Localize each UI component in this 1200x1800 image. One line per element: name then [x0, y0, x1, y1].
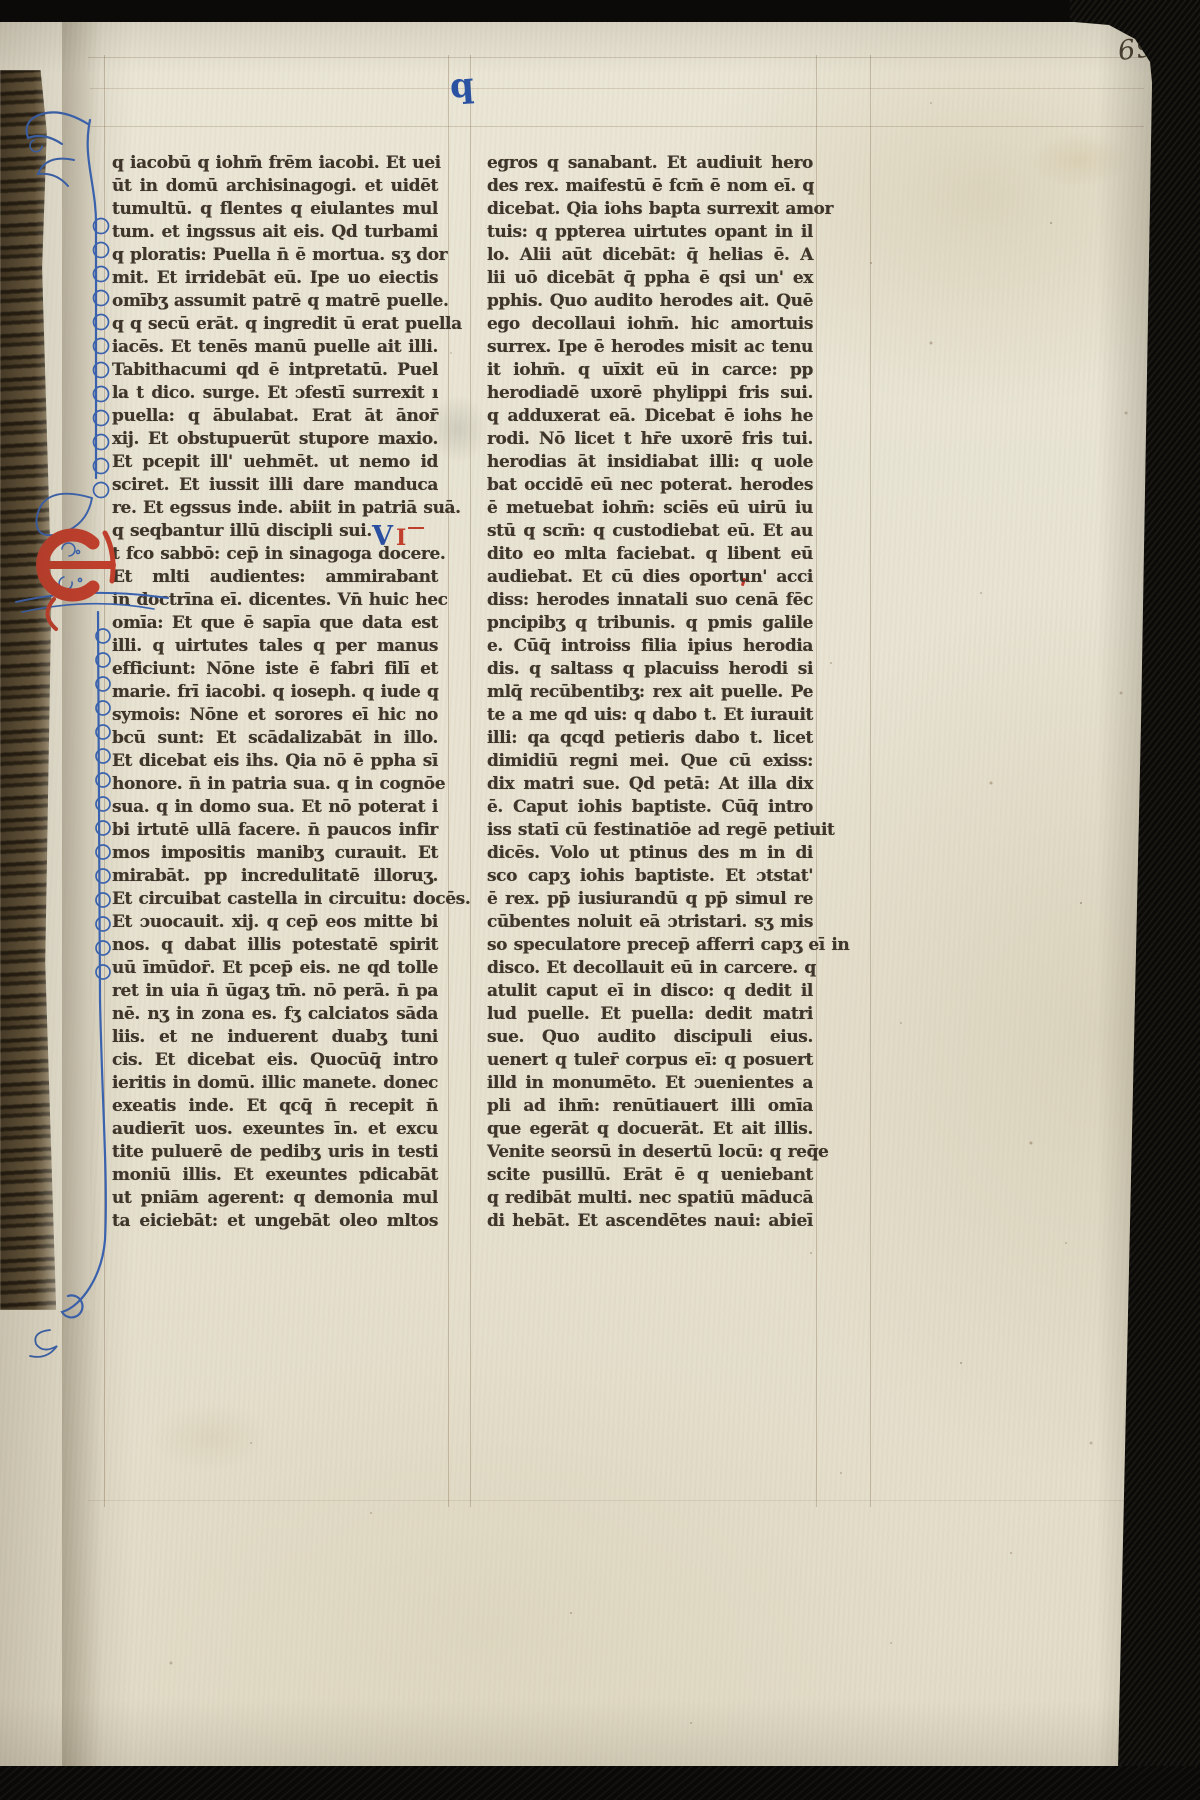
manuscript-line: q adduxerat eā. Dicebat ē iohs he [487, 405, 813, 428]
manuscript-line: iss statī cū festinatiōe ad regē petiuit [487, 819, 813, 842]
stain [1030, 132, 1130, 188]
scan-backdrop: { "page": { "folio_number": "69", "quire… [0, 0, 1200, 1800]
manuscript-line: stū q scm̄: q custodiebat eū. Et au [487, 520, 813, 543]
text-column-right: egros q sanabant. Et audiuit herodes rex… [487, 152, 813, 1233]
ruling-line-vertical [448, 55, 449, 1507]
manuscript-line: Venite seorsū in desertū locū: q req̄e [487, 1141, 813, 1164]
manuscript-line: dicēs. Volo ut ptinus des m in di [487, 842, 813, 865]
foxing-specks [870, 262, 872, 264]
ruling-line-horizontal [88, 57, 1144, 58]
backdrop-bottom-strip [0, 1766, 1200, 1800]
parchment-page: q 69 q iacobū q iohm̄ frēm iacobi. Et ue… [0, 22, 1155, 1768]
manuscript-line: ego decollaui iohm̄. hic amortuis [487, 313, 813, 336]
manuscript-line: mlq̄ recūbentibʒ: rex ait puelle. Pe [487, 681, 813, 704]
manuscript-line: surrex. Ipe ē herodes misit ac tenu [487, 336, 813, 359]
manuscript-line: sco capʒ iohis baptiste. Et ɔtstat' [487, 865, 813, 888]
manuscript-line: audiebat. Et cū dies oportun' acci [487, 566, 813, 589]
chapter-numeral: VI [372, 521, 424, 552]
manuscript-line: herodias āt insidiabat illi: q uole [487, 451, 813, 474]
ruling-line-horizontal [88, 1500, 1144, 1501]
manuscript-line: pncipibʒ q tribunis. q pmis galile [487, 612, 813, 635]
ruling-line-horizontal [88, 88, 1144, 89]
manuscript-line: illi: qa qcqd petieris dabo t. licet [487, 727, 813, 750]
manuscript-line: te a me qd uis: q dabo t. Et iurauit [487, 704, 813, 727]
manuscript-line: pphis. Quo audito herodes ait. Quē [487, 290, 813, 313]
manuscript-line: bat occidē eū nec poterat. herodes [487, 474, 813, 497]
manuscript-line: di hebāt. Et ascendētes naui: abieī [487, 1210, 813, 1233]
manuscript-line: illd in monumēto. Et ɔuenientes a [487, 1072, 813, 1095]
penwork-flourish [4, 100, 180, 1380]
manuscript-line: atulit caput eī in disco: q dedit il [487, 980, 813, 1003]
manuscript-line: it iohm̄. q uīxit eū in carce: pp [487, 359, 813, 382]
manuscript-line: disco. Et decollauit eū in carcere. q [487, 957, 813, 980]
manuscript-line: dix matri sue. Qd petā: At illa dix [487, 773, 813, 796]
manuscript-line: egros q sanabant. Et audiuit hero [487, 152, 813, 175]
manuscript-line: dito eo mlta faciebat. q libent eū [487, 543, 813, 566]
stain [150, 1402, 270, 1472]
manuscript-line: diss: herodes innatali suo cenā fēc [487, 589, 813, 612]
manuscript-line: dis. q saltass q placuiss herodi si [487, 658, 813, 681]
manuscript-line: lud puelle. Et puella: dedit matri [487, 1003, 813, 1026]
ruling-line-vertical [470, 55, 471, 1507]
manuscript-line: ē. Caput iohis baptiste. Cūq̄ intro [487, 796, 813, 819]
manuscript-line: so speculatore precep̄ afferri capʒ eī i… [487, 934, 813, 957]
manuscript-line: uenert q tuler̄ corpus eī: q posuert [487, 1049, 813, 1072]
manuscript-line: ē rex. pp̄ iusiurandū q pp̄ simul re [487, 888, 813, 911]
manuscript-line: rodi. Nō licet t hr̄e uxorē fris tui. [487, 428, 813, 451]
manuscript-line: tuis: q ppterea uirtutes opant in il [487, 221, 813, 244]
quire-mark: q [449, 65, 476, 107]
chapter-numeral-i: I [396, 525, 406, 551]
manuscript-line: des rex. maifestū ē fcm̄ ē nom eī. q [487, 175, 813, 198]
manuscript-line: lo. Alii aūt dicebāt: q̄ helias ē. A [487, 244, 813, 267]
manuscript-line: lii uō dicebāt q̄ ppha ē qsi un' ex [487, 267, 813, 290]
ruling-line-vertical [870, 55, 871, 1507]
manuscript-line: sue. Quo audito discipuli eius. [487, 1026, 813, 1049]
manuscript-line: scite pusillū. Erāt ē q ueniebant [487, 1164, 813, 1187]
ruling-line-vertical [816, 55, 817, 1507]
manuscript-line: e. Cūq̄ introiss filia ipius herodia [487, 635, 813, 658]
manuscript-line: q redibāt multi. nec spatiū māducā [487, 1187, 813, 1210]
manuscript-line: herodiadē uxorē phylippi fris sui. [487, 382, 813, 405]
manuscript-line: que egerāt q docuerāt. Et ait illis. [487, 1118, 813, 1141]
manuscript-line: ē metuebat iohm̄: sciēs eū uirū iu [487, 497, 813, 520]
manuscript-line: pli ad ihm̄: renūtiauert illi omīa [487, 1095, 813, 1118]
manuscript-line: dicebat. Qia iohs bapta surrexit amor [487, 198, 813, 221]
line-filler-dash [408, 527, 424, 529]
manuscript-line: cūbentes noluit eā ɔtristari. sʒ mis [487, 911, 813, 934]
ruling-line-horizontal [88, 126, 1144, 127]
manuscript-line: dimidiū regni mei. Que cū exiss: [487, 750, 813, 773]
chapter-numeral-v: V [372, 521, 393, 552]
